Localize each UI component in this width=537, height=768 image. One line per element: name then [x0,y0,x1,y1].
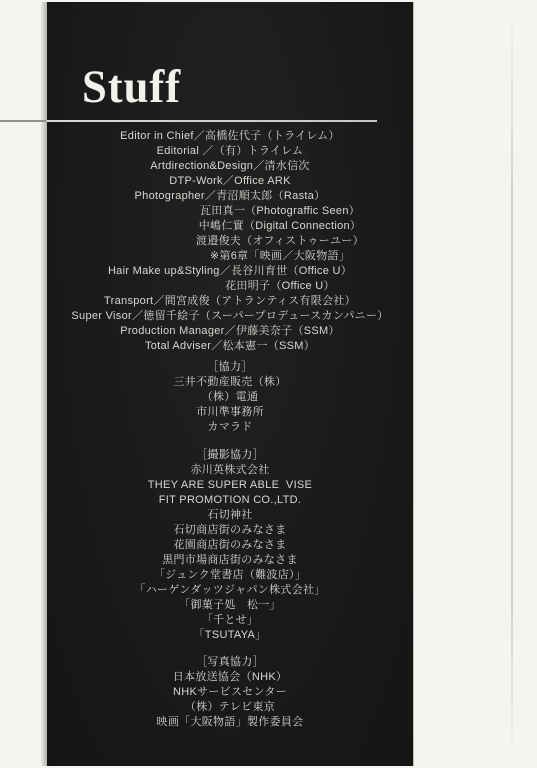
credit-line: Editorial ／（有）トライレム [47,144,413,159]
credit-line: Transport／間宮成俊（アトランティス有限会社） [47,294,413,309]
credit-line: 市川準事務所 [47,405,413,420]
credit-line: 花田明子（Office U） [97,279,463,294]
credit-line: Artdirection&Design／清水信次 [47,159,413,174]
credit-line: 中嶋仁實（Digital Connection） [97,219,463,234]
credit-line: 石切神社 [47,508,413,523]
credit-line: （株）テレビ東京 [47,700,413,715]
staff-credit-lines: Editor in Chief／高橋佐代子（トライレム）Editorial ／（… [47,129,413,354]
credit-line: FIT PROMOTION CO.,LTD. [47,493,413,508]
credit-line: 三井不動産販売（株） [47,375,413,390]
credit-line: Production Manager／伊藤美奈子（SSM） [47,324,413,339]
photo-cooperation-lines: 日本放送協会（NHK）NHKサービスセンター（株）テレビ東京映画「大阪物語」製作… [47,670,413,730]
credit-line: 「御菓子処 松一」 [47,598,413,613]
credit-line: 「千とせ」 [47,613,413,628]
section-heading-cooperation: ［協力］ [47,360,413,375]
page-title: Stuff [82,64,181,111]
credit-line: Photographer／青沼順太郎（Rasta） [47,189,413,204]
credit-line: 「ハーゲンダッツジャパン株式会社」 [47,583,413,598]
credit-line: DTP-Work／Office ARK [47,174,413,189]
credit-line: 渡邉俊夫（オフィストゥーユー） [97,234,463,249]
section-heading-photo-cooperation: ［写真協力］ [47,655,413,670]
section-photo-cooperation: ［写真協力］ 日本放送協会（NHK）NHKサービスセンター（株）テレビ東京映画「… [47,655,413,730]
credit-line: カマラド [47,420,413,435]
cooperation-lines: 三井不動産販売（株）（株）電通市川準事務所カマラド [47,375,413,435]
section-staff-credits: Editor in Chief／高橋佐代子（トライレム）Editorial ／（… [47,129,413,354]
title-underline [0,120,377,122]
credit-line: 映画「大阪物語」製作委員会 [47,715,413,730]
scan-crease-line [511,0,513,768]
credit-line: NHKサービスセンター [47,685,413,700]
credit-line: THEY ARE SUPER ABLE VISE [47,478,413,493]
credit-line: Editor in Chief／高橋佐代子（トライレム） [47,129,413,144]
section-cooperation: ［協力］ 三井不動産販売（株）（株）電通市川準事務所カマラド [47,360,413,435]
page-edge-shadow [40,2,47,766]
credit-line: （株）電通 [47,390,413,405]
credit-line: 瓦田真一（Photograffic Seen） [97,204,463,219]
credit-line: ※第6章「映画／大阪物語」 [97,249,463,264]
credits-page: Stuff Editor in Chief／高橋佐代子（トライレム）Editor… [47,2,413,766]
credit-line: 「TSUTAYA」 [47,628,413,643]
credit-line: 日本放送協会（NHK） [47,670,413,685]
credit-line: Hair Make up&Styling／長谷川育世（Office U） [47,264,413,279]
section-filming-cooperation: ［撮影協力］ 赤川英株式会社THEY ARE SUPER ABLE VISEFI… [47,448,413,643]
credit-line: 花園商店街のみなさま [47,538,413,553]
credit-line: Total Adviser／松本憲一（SSM） [47,339,413,354]
credit-line: 石切商店街のみなさま [47,523,413,538]
credit-line: 黒門市場商店街のみなさま [47,553,413,568]
credit-line: 「ジュンク堂書店（難波店）」 [47,568,413,583]
credit-line: 赤川英株式会社 [47,463,413,478]
section-heading-filming-cooperation: ［撮影協力］ [47,448,413,463]
filming-cooperation-lines: 赤川英株式会社THEY ARE SUPER ABLE VISEFIT PROMO… [47,463,413,643]
credit-line: Super Visor／徳留千絵子（スーパープロデュースカンパニー） [47,309,413,324]
